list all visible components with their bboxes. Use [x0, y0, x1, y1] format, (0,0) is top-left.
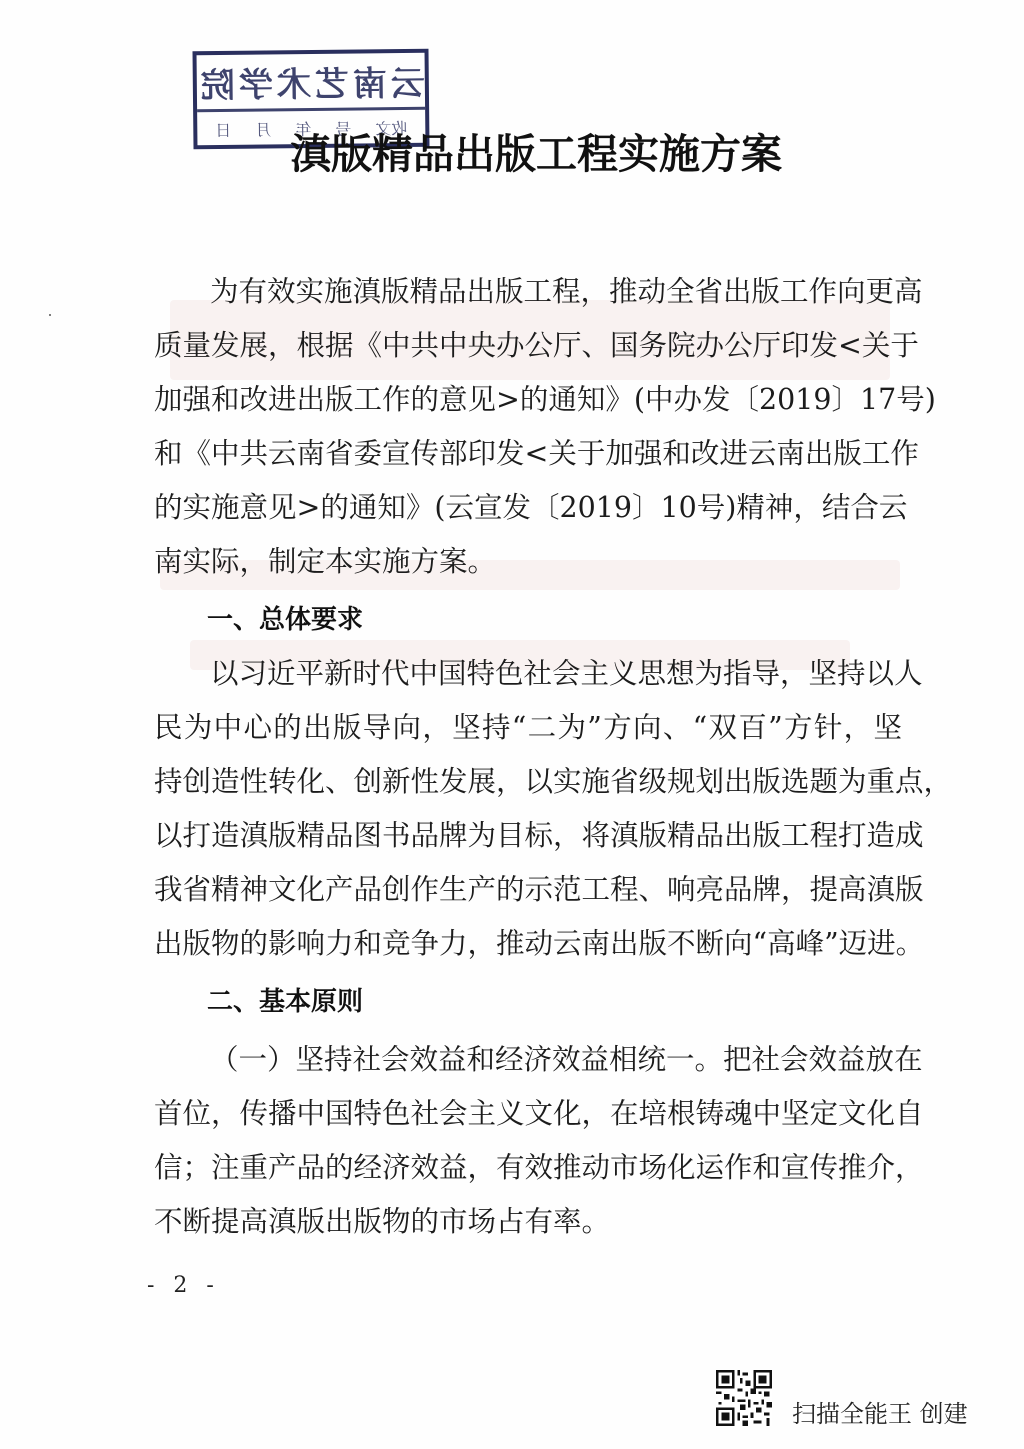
paragraph-line: 加强和改进出版工作的意见>的通知》(中办发〔2019〕17号) [154, 380, 902, 420]
paragraph-line: 信；注重产品的经济效益，有效推动市场化运作和宣传推介， [154, 1148, 902, 1188]
scanned-document-page: 云南艺术学院 收文 号 年 月 日 滇版精品出版工程实施方案 为有效实施滇版精品… [0, 0, 1024, 1449]
section-heading-overall-requirements: 一、总体要求 [207, 600, 363, 640]
paragraph-line: 以习近平新时代中国特色社会主义思想为指导，坚持以人 [210, 654, 902, 694]
paragraph-line: 首位，传播中国特色社会主义文化，在培根铸魂中坚定文化自 [154, 1094, 902, 1134]
paragraph-line: 南实际，制定本实施方案。 [154, 542, 902, 582]
paragraph-line: 出版物的影响力和竞争力，推动云南出版不断向“高峰”迈进。 [154, 924, 902, 964]
stamp-field: 日 [215, 117, 231, 140]
paragraph-line: 质量发展，根据《中共中央办公厅、国务院办公厅印发<关于 [154, 326, 902, 366]
paragraph-line: （一）坚持社会效益和经济效益相统一。把社会效益放在 [210, 1040, 902, 1080]
paragraph-line: 不断提高滇版出版物的市场占有率。 [154, 1202, 902, 1242]
qr-code-icon [716, 1370, 772, 1426]
page-number: - 2 - [147, 1271, 220, 1301]
paragraph-line: 持创造性转化、创新性发展，以实施省级规划出版选题为重点， [154, 762, 902, 802]
section-heading-basic-principles: 二、基本原则 [207, 982, 363, 1022]
paragraph-line: 为有效实施滇版精品出版工程，推动全省出版工作向更高 [210, 272, 902, 312]
stamp-institution: 云南艺术学院 [197, 53, 426, 112]
scanner-app-watermark: 扫描全能王 创建 [792, 1398, 968, 1430]
stamp-field: 月 [255, 117, 271, 140]
paragraph-line: 以打造滇版精品图书品牌为目标，将滇版精品出版工程打造成 [154, 816, 902, 856]
paragraph-line: 我省精神文化产品创作生产的示范工程、响亮品牌，提高滇版 [154, 870, 902, 910]
document-title: 滇版精品出版工程实施方案 [290, 124, 770, 184]
paragraph-line: 民为中心的出版导向，坚持“二为”方向、“双百”方针，坚 [154, 708, 902, 748]
paragraph-line: 的实施意见>的通知》(云宣发〔2019〕10号)精神，结合云 [154, 488, 902, 528]
paragraph-line: 和《中共云南省委宣传部印发<关于加强和改进云南出版工作 [154, 434, 902, 474]
scan-speck [49, 314, 51, 316]
